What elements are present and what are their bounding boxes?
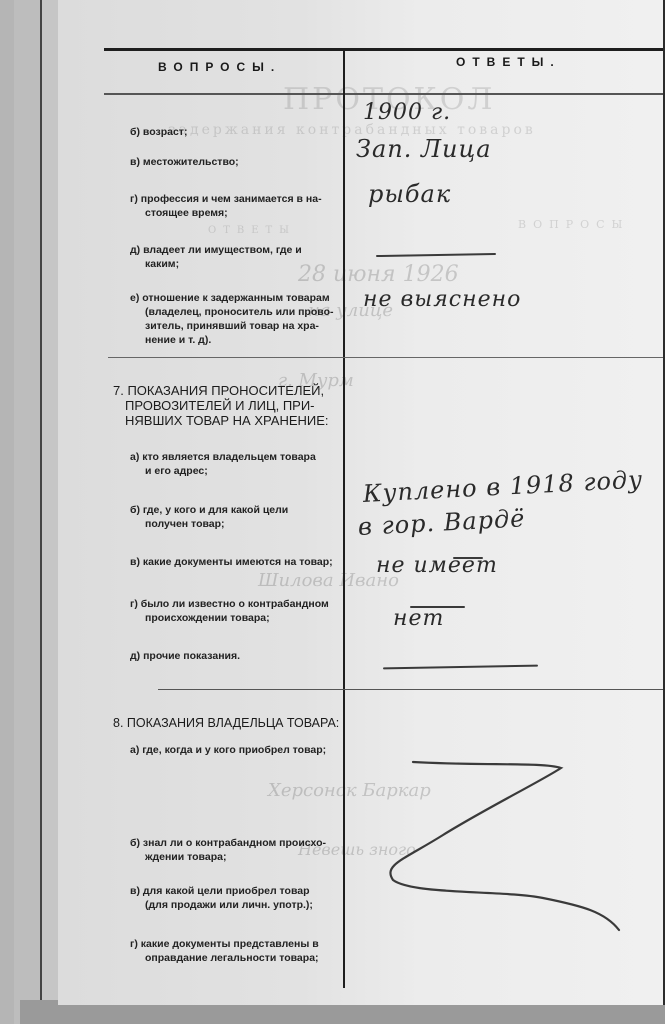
question-contraband-known: г) было ли известно о контрабандном прои… [130,597,342,625]
underlying-page-left [14,0,42,1024]
z-cancellation-mark [343,740,663,1000]
answer-where-received-cont: в гор. Вардё [357,504,526,541]
answers-header: ОТВЕТЫ. [456,55,561,69]
question-other-testimony: д) прочие показания. [130,649,240,663]
answer-other-dash [383,665,538,670]
question-label: б) где, у кого и для какой цели [130,504,288,516]
answer-property-dash [376,253,496,257]
question-label: а) кто является владельцем товара [130,451,316,463]
question-label: е) отношение к задержанным товарам [130,292,330,304]
header-bottom-rule [104,93,663,95]
question-label-cont: (для продажи или личн. употр.); [130,898,345,912]
question-label-cont: (владелец, проноситель или прово- [130,305,345,319]
answer-where-received: Куплено в 1918 году [362,465,643,508]
question-relation-to-goods: е) отношение к задержанным товарам (влад… [130,291,345,347]
answer-underline [410,606,465,608]
section-title-line: ПРОВОЗИТЕЛЕЙ И ЛИЦ, ПРИ- [113,398,343,413]
question-property: д) владеет ли имуществом, где и каким; [130,243,340,271]
question-label: д) владеет ли имуществом, где и [130,244,302,256]
question-label: д) прочие показания. [130,650,240,662]
underlying-page-strip [42,0,59,1024]
answer-underline [453,557,483,559]
answer-age: 1900 г. [363,100,451,125]
question-knew-contraband: б) знал ли о контрабандном происхо- жден… [130,836,345,864]
answer-contraband-known: нет [393,606,444,631]
answer-residence: Зап. Лица [356,135,492,163]
question-label: г) профессия и чем занимается в на- [130,193,322,205]
question-label-cont: оправдание легальности товара; [130,951,345,965]
question-label-cont: получен товар; [130,517,342,531]
form-page: ПРОТОКОЛ задержания контрабандных товаро… [58,0,665,1005]
question-label-cont: происхождении товара; [130,611,342,625]
section-7-title: 7. ПОКАЗАНИЯ ПРОНОСИТЕЛЕЙ, ПРОВОЗИТЕЛЕЙ … [113,383,343,428]
answer-relation: не выяснено [363,287,521,312]
question-owner-address: а) кто является владельцем товара и его … [130,450,342,478]
question-label: г) было ли известно о контрабандном [130,598,329,610]
answer-profession: рыбак [368,180,451,208]
question-label: б) возраст; [130,126,187,138]
question-where-acquired: а) где, когда и у кого приобрел товар; [130,743,345,757]
question-legality-documents: г) какие документы представлены в оправд… [130,937,345,965]
question-label: а) где, когда и у кого приобрел товар; [130,744,326,756]
bleed-through-answers: ОТВЕТЫ [208,225,296,236]
question-label: в) местожительство; [130,156,239,168]
bleed-through-questions: ВОПРОСЫ [518,218,629,231]
question-label-cont: каким; [130,257,340,271]
questions-header: ВОПРОСЫ. [158,60,281,74]
question-label: г) какие документы представлены в [130,938,319,950]
question-purpose: в) для какой цели приобрел товар (для пр… [130,884,345,912]
question-label-cont: и его адрес; [130,464,342,478]
question-residence: в) местожительство; [130,155,239,169]
question-label: б) знал ли о контрабандном происхо- [130,837,326,849]
question-profession: г) профессия и чем занимается в на- стоя… [130,192,340,220]
section-divider-8 [158,689,663,690]
header-top-rule [104,48,663,51]
question-documents: в) какие документы имеются на товар; [130,555,345,569]
section-divider-7 [108,357,663,358]
question-label: в) для какой цели приобрел товар [130,885,310,897]
question-age: б) возраст; [130,125,187,139]
question-where-received: б) где, у кого и для какой цели получен … [130,503,342,531]
section-title-line: 7. ПОКАЗАНИЯ ПРОНОСИТЕЛЕЙ, [113,383,343,398]
section-8-title: 8. ПОКАЗАНИЯ ВЛАДЕЛЬЦА ТОВАРА: [113,716,348,731]
question-label-cont: нение и т. д). [130,333,345,347]
question-label-cont: ждении товара; [130,850,345,864]
question-label-cont: зитель, принявший товар на хра- [130,319,345,333]
question-label: в) какие документы имеются на товар; [130,556,333,568]
section-title-line: НЯВШИХ ТОВАР НА ХРАНЕНИЕ: [113,413,343,428]
question-label-cont: стоящее время; [130,206,340,220]
